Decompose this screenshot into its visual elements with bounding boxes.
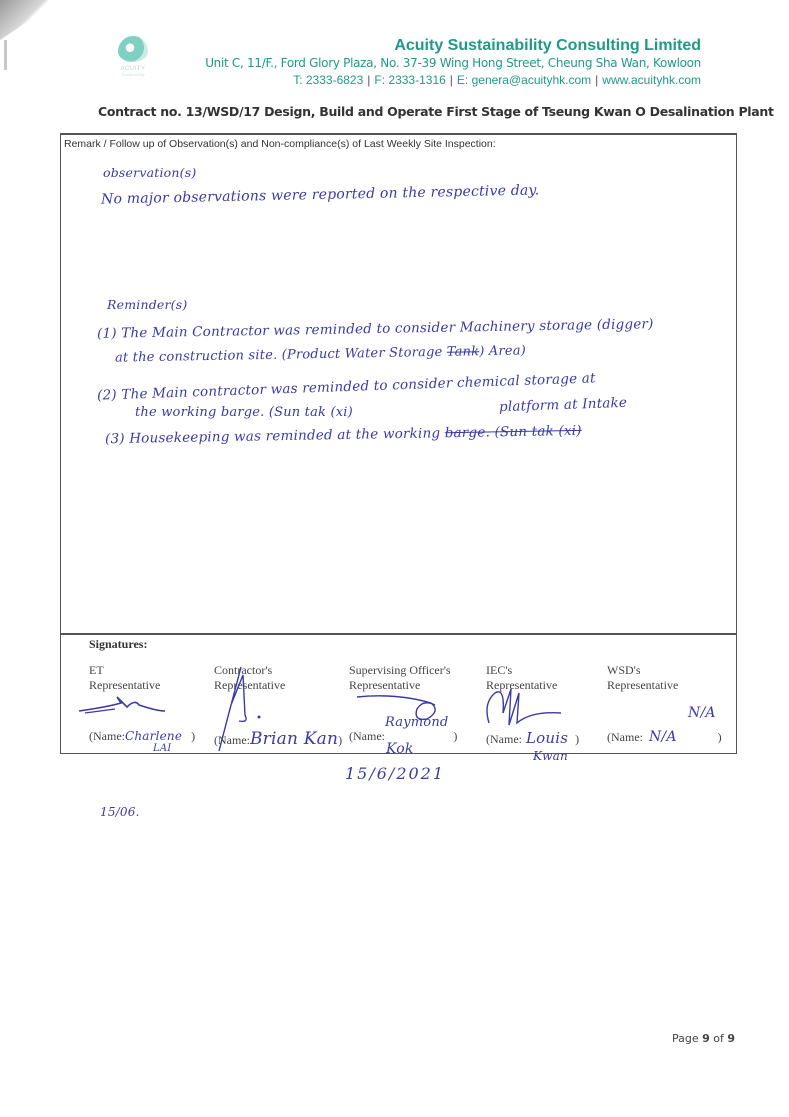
reminder-1-text: at the construction site. (Product Water… [115,345,443,366]
name-close: ) [575,732,579,746]
contractor-name-field: (Name:Brian Kan) [214,729,342,749]
separator: | [367,73,370,87]
signature-divider [61,633,736,635]
page-total: 9 [727,1032,735,1045]
role-line-1: WSD's [607,663,678,678]
struck-text: Tank [447,344,480,360]
reminder-1-line-2: at the construction site. (Product Water… [115,343,526,365]
reminder-3-text: (3) Housekeeping was reminded at the wor… [105,425,440,447]
iec-signature [481,683,571,733]
supervising-officer-name: Raymond [385,715,448,730]
email: E: genera@acuityhk.com [457,73,591,87]
logo-subtext: Sustainability [108,72,158,77]
reminder-3-line-1: (3) Housekeeping was reminded at the wor… [105,423,582,447]
page-number: Page 9 of 9 [672,1032,735,1045]
iec-name: Louis [526,729,568,747]
name-label: (Name: [607,730,643,744]
separator: | [450,73,453,87]
role-line-1: Supervising Officer's [349,663,451,678]
contract-title: Contract no. 13/WSD/17 Design, Build and… [98,104,774,119]
page-current: 9 [702,1032,710,1045]
iec-name-line-2: Kwan [533,749,568,763]
name-label: (Name: [349,729,385,743]
name-label: (Name: [214,733,250,747]
name-close: ) [191,729,195,743]
name-close: ) [453,729,457,743]
remark-label: Remark / Follow up of Observation(s) and… [64,138,496,150]
name-label: (Name: [89,729,125,743]
name-close: ) [718,730,722,744]
separator: | [595,73,598,87]
et-representative-label: ET Representative [89,663,160,693]
website: www.acuityhk.com [602,73,701,87]
reminders-heading: Reminder(s) [107,297,187,312]
company-name: Acuity Sustainability Consulting Limited [394,37,701,55]
short-date-note: 15/06. [100,805,140,819]
inspection-form: Remark / Follow up of Observation(s) and… [60,133,737,754]
fax: F: 2333-1316 [374,73,445,87]
wsd-name: N/A [649,729,677,745]
et-name-line-2: LAI [153,743,171,754]
observations-text: No major observations were reported on t… [101,182,540,207]
leaf-house-icon [118,36,148,62]
scan-corner-fold [0,0,60,40]
wsd-signature: N/A [688,705,716,721]
role-line-1: IEC's [486,663,557,678]
observations-heading: observation(s) [103,165,196,180]
iec-name-field: (Name:Louis ) [486,729,579,747]
name-label: (Name: [486,732,522,746]
telephone: T: 2333-6823 [293,73,363,87]
reminder-1-line-1: (1) The Main Contractor was reminded to … [97,316,654,342]
role-line-2: Representative [89,678,160,693]
wsd-representative-label: WSD's Representative [607,663,678,693]
contractor-name: Brian Kan [250,729,338,749]
struck-text: barge. (Sun tak (xi) [445,423,582,441]
supervising-officer-name-line-2: Kok [386,741,414,757]
reminder-1-end: ) Area) [479,343,526,359]
scan-edge [4,40,7,70]
name-close: ) [338,733,342,747]
reminder-2-line-2: the working barge. (Sun tak (xi) [135,405,353,420]
signature-date: 15/6/2021 [345,764,445,783]
signatures-title: Signatures: [89,637,147,652]
page-prefix: Page [672,1032,699,1045]
et-name: Charlene [125,729,182,743]
role-line-2: Representative [607,678,678,693]
et-name-field: (Name:Charlene ) [89,729,195,744]
company-contact: T: 2333-6823|F: 2333-1316|E: genera@acui… [293,73,701,87]
supervising-officer-representative-label: Supervising Officer's Representative [349,663,451,693]
company-address: Unit C, 11/F., Ford Glory Plaza, No. 37-… [205,56,701,70]
company-logo: ACUITY Sustainability [108,36,158,86]
role-line-1: ET [89,663,160,678]
wsd-name-field: (Name:N/A ) [607,729,722,745]
reminder-3-insertion: platform at Intake [499,395,628,415]
page-of: of [713,1032,724,1045]
et-signature [77,695,167,717]
